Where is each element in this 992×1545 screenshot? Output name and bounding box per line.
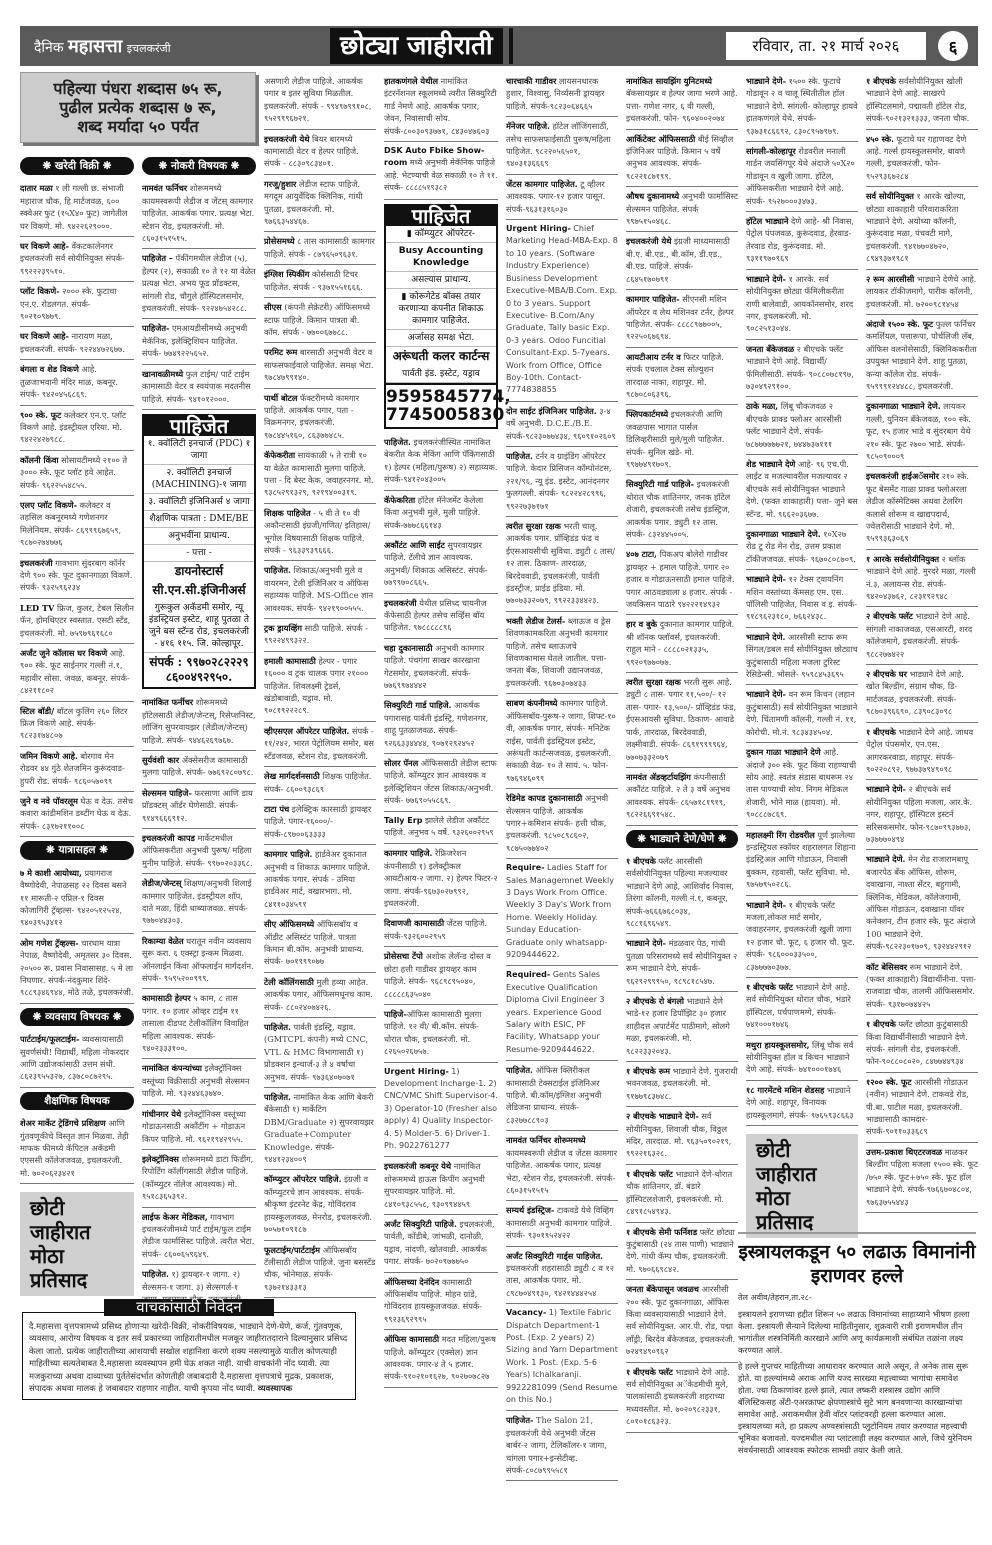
dynostars-display-ad: पाहिजेत १. क्वॉलिटी इनचार्ज (PDC) १ जागा… [142,414,256,689]
ad-text: कामगार पाहिजे. ऑफिसबॉय-पुरूष-२ जागा, शिफ… [506,698,616,782]
classified-ad: Require- Ladies Staff for Sales Managemn… [506,859,618,966]
classified-ad: इलेक्ट्रॉनिक्स शोरूममध्ये डाटा फिडींग, र… [142,1150,256,1208]
ad-header: पाहिजेत [386,206,496,226]
ad-keyword: ओम गणेश ट्रॅव्हल्स- [20,938,79,948]
ad-note: अर्जासह समक्ष भेटा. [386,330,496,347]
brand-city: इचलकरंजी [127,42,171,55]
ad-keyword: लेख मार्गदर्शनसाठी [264,771,320,781]
ad-preference: असल्यास प्राधान्य. [386,272,496,289]
classified-ad: लेख मार्गदर्शनसाठी शिक्षक पाहिजेत. संपर्… [264,767,376,800]
classified-ad: १ बीएचके सेमी फर्निशड फ्लॅट छोट्या कुटुं… [626,1223,738,1281]
ad-keyword: २ बीएचके भाड्याने देणे- [626,1111,699,1121]
ad-keyword: त्वरीत सुरक्षा रक्षक [506,521,561,531]
ad-address: गुरूकुल अकॅडमी समोर, न्यू इंडस्ट्रियल इस… [144,600,254,653]
ad-keyword: पाहिजेत. [264,565,291,575]
ad-text: नामांकित केक आणि बेकरी बँकेसाठी १) मार्क… [264,1092,374,1164]
ad-keyword: गांधीनगर येथे [142,1109,181,1119]
ad-keyword: १ बीएचके रूम [626,1066,670,1076]
rate-line: पुढील प्रत्येक शब्दास ७ रू, [25,98,251,117]
ad-keyword: दोन साईट इंजिनिअर पाहिजेत. [506,406,597,416]
newspaper-brand: दैनिक महासत्ता इचलकरंजी [20,34,330,58]
ad-keyword: इचलकरंजी कापड [142,833,195,843]
classified-ad: १ बीएचके रूम भाड्याने देणे. गुजराथी भवनज… [626,1062,738,1107]
classified-ad: १ बीएचके फ्लॅट भाड्याने देणे आहे. सर्व स… [746,978,858,1036]
classified-ad: Tally Erp झालेले लेडीज अकौंटंट पाहिजे. अ… [384,812,498,845]
classified-ad: भाड्याने देणे- मंडळवार पेठ, गांधी पुतळा … [626,934,738,992]
rate-line: शब्द मर्यादा ५० पर्यंत [25,117,251,136]
ad-keyword: पाहिजेत. [142,1269,169,1279]
ad-keyword: औषध दुकानामध्ये [626,191,679,201]
classified-ad: कामासाठी हेल्पर ५ काम, ८ तास पगार. १० हज… [142,989,256,1059]
ad-keyword: कॅफेकरीता [264,450,295,460]
classified-ad: इचलकरंजी कबनूर येथे नामांकित शोरूममध्ये … [384,1157,498,1215]
promo-line: मोठा प्रतिसाद [30,1244,124,1292]
classified-ad: भाड्याने देणे- १५०० स्के. फुटाचे गोडावून… [746,72,858,142]
ad-address: पार्वती इंड. इस्टेट, यड्राव [386,366,496,383]
classified-ad: टाटा पंच इलेक्ट्रिक कारसाठी ड्रायव्हर पा… [264,800,376,845]
classified-ad: इंग्लिश स्पिकींग कोर्ससाठी टिचर पाहिजेत.… [264,265,376,298]
classified-ad: इचलकरंजी येथील प्रसिध्द चायनीज कॅफेसाठी … [384,594,498,639]
ad-keyword: कॉम्प्युटर ऑपरेटर पाहिजे. [264,1174,341,1184]
ad-keyword: पाहिजेत. [264,1092,291,1102]
ad-text: फ्लॅट आरसीसी सर्वसोयीनियुक्त पहिल्या मजल… [626,856,734,928]
promo-line: मोठा प्रतिसाद [756,1186,848,1234]
ad-text: मेन रोड राजारामबापू बजारपेठ बँक ऑफिस, शो… [866,854,975,951]
classified-ad: कॉट बेसिसवर रूम भाड्याने देणे. (फक्त शाक… [866,958,978,1016]
classified-ad: Urgent Hiring- Chief Marketing Head-MBA-… [506,220,618,402]
classified-ad: अर्जंट जुने कॉलास घर विकणे आहे. ९०० स्के… [20,644,134,702]
classified-ad: १ बीएचके भाड्याने देणे आहे. जाधव पेट्रोल… [866,723,978,781]
classified-ad: Urgent Hiring- 1) Development Incharge-1… [384,1063,498,1158]
ad-keyword: ऑफिस कामासाठी [384,1334,439,1344]
classified-ad: अंदाजे १५०० स्के. फूट फुल्ल फर्निचर कमर्… [866,315,978,397]
ad-keyword: १ आरके सर्वसोयीनियुक्त [866,554,939,564]
classified-ad: ९०० स्के. फूट कलेक्टर एन.ए. प्लॉट विकणे … [20,406,134,451]
classified-ad: सांगली-कोल्हापूर रोडवरील मनाली गार्डन जय… [746,142,858,212]
classified-ad: भाड्याने देणे. मेन रोड राजारामबापू बजारप… [866,850,978,957]
ad-keyword: सांगली-कोल्हापूर [746,146,796,156]
ad-keyword: पाहिजेत. [506,451,533,461]
ad-text: बॅकसायझर व हेल्पर जागा भरणे आहे. पत्ता- … [626,88,738,123]
classified-ad: इचलकरंजी येथे इंग्रजी माध्यमासाठी बी.ए. … [626,232,738,290]
classified-ad: लाईफ केअर मेडिकल, गावभाग इचलकरंजीमध्ये प… [142,1208,256,1266]
classified-ad: नामांकित सायझिंग युनिटमध्ये बॅकसायझर व ह… [626,72,738,130]
ad-keyword: अर्जंट जुने कॉलास घर विकणे [20,648,107,658]
ad-keyword: भाड्याने देणे- [746,574,786,584]
classified-ad: पाहिजेत. नामांकित केक आणि बेकरी बँकेसाठी… [264,1088,376,1170]
classified-ad: पाहिजेत. इचलकरंजीस्थित नामांकित बेकरीत क… [384,433,498,491]
classified-ad: स्टिल बॉडी/ बॉटल कुलिंग २६० लिटर फ्रिज व… [20,702,134,747]
classified-ad: गरजू/हुशार लेडीज स्टाफ पाहिजे. मगदूम आयु… [264,175,376,233]
classified-ad: सेल्समन पाहिजे- फरसाणा आणि डाय प्रॉडक्टस… [142,784,256,829]
classified-ad: खानावळीमध्ये फुल टाईम/ पार्ट टाईम कामासा… [142,365,256,410]
ad-keyword: १ बीएचके फ्लॅट [626,1169,673,1179]
section-heading-business: ❋ व्यवसाय विषयक ❋ [20,1008,134,1026]
ad-text: इचलकरंजी शहरासाठी ड्युटी ८ व १२ तास, आकर… [506,1263,614,1298]
ad-keyword: जुने व नवे पॉवरलूम [20,796,78,806]
ad-keyword: ७ मे काशी आयोध्या, [20,868,82,878]
ad-keyword: कामगार पाहिजेत- [626,294,680,304]
ad-keyword: ठाके मळा, [746,401,778,411]
ad-keyword: पाहिजेत – [142,253,173,263]
classified-ad: बंगला व शेड विकणे आहे. तुळजाभवानी मंदिर … [20,360,134,405]
classified-ad: प्लॉट विकणे- २००० स्के. फुटाचा एन.ए. रोड… [20,282,134,327]
ad-keyword: अर्जंट सिक्युरिटी पाहिजे. [384,1219,457,1229]
classified-ad: पाहिजेत. पार्वती इंडस्ट्रि, यड्राव. (GMT… [264,1018,376,1088]
ad-keyword: १ बीएचके फ्लॅट [626,1367,673,1377]
ad-keyword: सीए ऑफिसमध्ये [264,919,314,929]
ad-keyword: हातकणंगले येथील [384,76,438,86]
news-paragraph: इस्त्रायलने इराणच्या हद्दीत शिरून ५० लढा… [738,1308,976,1356]
ad-keyword: गरजू/हुशार [264,179,296,189]
ad-keyword: १ बीएचके फ्लॅट [746,982,793,992]
column-sale: ❋ खरेदी विक्री ❋ दातार मळा १ ली गल्ली छ.… [20,153,134,1323]
classified-ad: सिक्युरिटी गार्ड पाहिजे. आकर्षक पगारासह … [384,696,498,754]
ad-keyword: महालक्ष्मी रिंग रोडवरील [746,830,815,840]
classified-ad: सम्यर्थ इंडस्ट्रिज- टाकवडे येथे विव्हिंग… [506,1201,618,1246]
classified-ad: अकौंटंट आणि साईट सुपरवायझर पाहिजे. टॅलीच… [384,536,498,594]
ad-keyword: नामवंत फर्निचर [142,183,187,193]
classified-ad: रेडिमेड कापड दुकानासाठी अनुभवी सेल्समन प… [506,789,618,859]
classified-ad: २ बीएचके रो बंगलो भाड्याने देणे भाडे-१२ … [626,992,738,1062]
ad-header: पाहिजेत [144,416,254,436]
ad-keyword: Require- [506,863,544,872]
ad-keyword: पाहिजेत- [506,1415,533,1425]
classified-ad: LED TV फ्रिज, कुलर, टेबल सिलीन फॅन, होमथ… [20,599,134,644]
left-wide-column: पहिल्या पंधरा शब्दास ७५ रू, पुढील प्रत्य… [20,72,256,1512]
column-4: हातकणंगले येथील नामांकित इंटरनॅशनल स्कूल… [384,72,498,1512]
ad-keyword: कॅफेकरिता [384,495,415,505]
classified-ad: कामगार पाहिजे. रेफ्रिजरेशन कंपनीसाठी १) … [384,844,498,914]
classified-ad: इचलकरंजी हाईअॅसमोर २१० स्के. फूट बेसमेंट… [866,467,978,549]
notice-body: दै.महासत्ता वृत्तपत्रामध्ये प्रसिध्द होण… [29,1321,347,1394]
classified-ad: जेंटस कामगार पाहिजेत. टू व्हीलर आवश्यक. … [506,175,618,220]
ad-keyword: इचलकरंजी कबनूर येथे [384,1161,451,1171]
ad-keyword: इचलकरंजी येथे [264,134,309,144]
ad-keyword: त्वरीत सुरक्षा रक्षक [626,677,681,687]
classified-ad: Vacancy- 1) Textile Fabric Dispatch Depa… [506,1304,618,1411]
ad-keyword: पाहिजेत- [142,323,169,333]
ad-keyword: जनता बँकेपासून जवळच [626,1284,699,1294]
news-article: इस्त्रायलकडून ५० लढाऊ विमानांनी इराणवर ह… [738,1232,976,1456]
classified-ad: भाड्याने देणे- १ आरके. सर्व सोयीनियुक्त … [746,270,858,340]
classified-ad: प्रोसेसमध्ये ८ तास कामासाठी कामगार पाहिज… [264,232,376,265]
ad-keyword: आर्किटेक्ट ऑफिससाठी [626,134,695,144]
ad-position: ▮ कॉम्प्युटर ऑपरेटर- [386,226,496,243]
ad-keyword: पाहिजेत. [264,1022,291,1032]
column-5: चारचाकी गाडीवर लायसनधारक हुशार, विश्वासु… [506,72,618,1512]
classified-ad: भाड्याने देणे- १ बीएचके फ्लॅट मजला,लोकल … [746,896,858,978]
ad-keyword: नामवंत ॲडव्हर्टायझिंग [626,772,691,782]
ad-text: 1) Textile Fabric Dispatch Department-1 … [506,1308,618,1404]
classified-ad: दुकानगाळा भाड्याने देणे. १०X२७ रोड टू रो… [746,525,858,570]
ad-keyword: खानावळीमध्ये [142,369,183,379]
ad-keyword: ट्रक ड्रायव्हिंग [264,623,302,633]
classified-ad: दोन साईट इंजिनिअर पाहिजेत. ३-४ वर्षे अनु… [506,402,618,447]
ad-phone-block: 9595845774, 7745005830 [386,383,496,427]
section-title: छोट्या जाहीराती [330,28,509,64]
ad-keyword: सीएस [264,302,282,312]
ad-text: 1) Development Incharge-1. 2) CNC/VMC Sh… [384,1067,498,1150]
classified-ad: कॉम्प्युटर ऑपरेटर पाहिजे. इंग्रजी व कॉम्… [264,1170,376,1240]
ad-keyword: सोलर पॅनल [384,758,418,768]
ad-keyword: घर विकणे आहे- [20,331,69,341]
ad-text: Ladies Staff for Sales Managemnet Weekly… [506,863,614,959]
classified-ad: चारचाकी गाडीवर लायसनधारक हुशार, विश्वासु… [506,72,618,117]
ad-keyword: १८ गारमेंटचे मशिन शेडसह [746,1085,824,1095]
column-jobs: ❋ नोकरी विषयक ❋ नामवंत फर्निचर शोरूममध्य… [142,153,256,1323]
ad-keyword: जमिन विकणे आहे. [20,751,78,761]
ad-text: फुल्ल फर्निचर कमर्शियल, पत्तारूपा, पोर्च… [866,319,977,391]
classified-ad: Required- Gents Sales Executive Qualific… [506,966,618,1061]
ad-keyword: शेड भाड्याने देणे [746,459,795,469]
classified-ad: ठाके मळा, लिंबू चौकजवळ २ बीएचके प्राक्ड … [746,397,858,455]
classified-ad: महालक्ष्मी रिंग रोडवरील पूर्ण झालेल्या इ… [746,826,858,896]
page-number: ६ [938,31,968,61]
ad-text: कायमस्वरूपी लेडीज व जेंटस कामगार पाहिजेत… [506,1148,617,1195]
ad-keyword: दुकानगाळा भाड्याने देणे. [746,529,821,539]
classified-ad: सोलर पॅनल ऑफिससाठी लेडीज स्टाफ पाहिजे. क… [384,754,498,812]
classified-ad: १ आरके सर्वसोयीनियुक्त २ ब्लॉक भाड्याने … [866,550,978,608]
ad-text: भरती सुरू आहे. ड्युटी ८ तास- पगार ११,५००… [626,677,736,761]
ad-keyword: नामांकित कंपन्यांच्या [142,1063,202,1073]
ad-position: २. क्वॉलिटी इनचार्ज (MACHINING)-१ जागा [144,465,254,494]
classified-ad: परमिट रूम बारसाठी अनुभवी वेटर व साफसफाईव… [264,343,376,388]
ad-keyword: आयटीआय टर्नर व [626,352,681,362]
classified-ad: ४५० स्के. फूटाचे घर गहाणवट देणे आहे. गर्… [866,130,978,188]
ad-keyword: पार्टटाईम/फूलटाईम- [20,1034,79,1044]
classified-ad: १ बीएचके सर्वसोयीनियुक्त खोली भाड्याने द… [866,72,978,130]
ad-position: १. क्वॉलिटी इनचार्ज (PDC) १ जागा [144,436,254,465]
classified-ad: हार व बुके दुकानात कामगार पाहिजे. श्री श… [626,615,738,673]
ad-keyword: इचलकरंजी हाईअॅसमोर [866,471,939,481]
ad-text: भरती चालू. आकर्षक पगार. प्रॉव्हिडंड फंड … [506,521,615,605]
ad-keyword: कॉलनी किंवा [20,455,59,465]
ad-keyword: भाड्याने देणे. [866,854,905,864]
ad-keyword: लाईफ केअर मेडिकल, [142,1212,208,1222]
classified-ad: ऑफिसच्या देनंदिन कामासाठी ऑफिसबॉय पाहिजे… [384,1273,498,1331]
classified-ad: नामांकित कंपन्यांच्या इलेक्ट्रॉनिक्स वस्… [142,1059,256,1104]
classified-ad: पार्टटाईम/फूलटाईम- व्यवसायासाठी सुवर्णसं… [20,1030,134,1088]
ad-keyword: कामासाठी हेल्पर [142,993,191,1003]
ad-keyword: २ बीएचके घर [866,669,907,679]
ad-qualification: शैक्षणिक पात्रता : DME/BE [144,511,254,528]
ad-keyword: स्टिल बॉडी/ [20,706,54,716]
ad-keyword: इचलकरंजी [384,598,417,608]
classified-ad: मथुरा हायस्कूलसमोर, लिंबू चौक सर्व सोयीन… [746,1036,858,1081]
ad-keyword: १ बीएचके [866,1019,896,1029]
ad-keyword: जेंटस कामगार पाहिजेत. [506,179,578,189]
ad-keyword: २ बीएचके फ्लॅट [866,611,913,621]
ad-keyword: उत्तम-प्रकाश थिएटरजवळ [866,1147,942,1157]
ad-keyword: सर्व सोयीनियुक्त [866,191,914,201]
promo-line: छोटी जाहीरात [756,1138,848,1186]
ad-keyword: २ रूम आरसीसी [866,274,914,284]
classified-ad: हातकणंगले येथील नामांकित इंटरनॅशनल स्कूल… [384,72,498,142]
classified-ad: पाहिजेत. शिकाऊ/अनुभवी मुले व वायरमन, टेल… [264,561,376,619]
ad-keyword: पाहिजे- [384,1009,407,1019]
classified-ad: कॅफेकरीता सायंकाळी ५ ते रात्री १० या वेळ… [264,446,376,504]
classified-ad: १ बीएचके फ्लॅट आरसीसी सर्वसोयीनियुक्त पह… [626,852,738,934]
promo-banner: छोटी जाहीरात मोठा प्रतिसाद [20,1192,134,1296]
ad-keyword: कॉट बेसिसवर [866,962,907,972]
classified-ad: भाड्याने देणे. आरसीसी स्टाफ रूम सिंगल/डब… [746,628,858,686]
notice-signature: व्यवस्थापक [258,1383,292,1393]
ad-keyword: १ बीएचके सेमी फर्निशड [626,1227,697,1237]
classified-ad: मॅनेजर पाहिजे. हॉटेल लॉजिंगसाठी, तसेच सा… [506,117,618,175]
brand-prefix: दैनिक [34,40,64,56]
classified-ad: घर विकणे आहे- नारायण मळा, इचलकरंजी. संपर… [20,327,134,360]
ad-keyword: इंग्लिश स्पिकींग [264,269,309,279]
ad-keyword: शिक्षक पाहिजेत [264,508,311,518]
ad-keyword: व्हीएसएल ऑपरेटर पाहिजेत. [264,726,349,736]
classified-ad: असणारी लेडीज पाहिजे. आकर्षक पगार व इतर स… [264,72,376,130]
section-heading-sale: ❋ खरेदी विक्री ❋ [20,157,134,175]
ad-keyword: मथुरा हायस्कूलसमोर, [746,1040,809,1050]
classified-ad: सर्व सोयीनियुक्त १ आरके खोल्या, छोट्या श… [866,187,978,269]
classified-ad: कॅफेकरिता हॉटेल मॅनेजमेंट केलेला किंवा अ… [384,491,498,536]
classified-ad: DSK Auto Fbike Show-room मध्ये अनुभवी मे… [384,142,498,200]
classified-ad: भक्ती लेडीज टेलर्स- ब्लाऊज व ड्रेस शिवणक… [506,612,618,694]
ad-keyword: सिक्युरिटी गार्ड पाहिजे- [626,479,694,489]
classified-ad: हमाली कामासाठी हेल्पर - पगार १६००० व ट्र… [264,652,376,722]
classified-ad: दुकानगाळा भाड्याने देणे. लायकर गल्ली, यु… [866,397,978,467]
classified-ad: इचलकरंजी येथे बियर बारमध्ये कामासाठी वेट… [264,130,376,175]
ad-keyword: Vacancy- [506,1308,546,1317]
classified-ad: जुने व नवे पॉवरलूम घेऊ व देऊ. तसेच कवारा… [20,792,134,837]
ad-keyword: सम्यर्थ इंडस्ट्रिज- [506,1205,554,1215]
ad-text: १ आरके खोल्या, छोट्या शाकाहारी परिवाराकर… [866,191,966,263]
ad-keyword: भाड्याने देणे- [626,938,666,948]
ad-keyword: भाड्याने देणे- [746,76,786,86]
ad-keyword: मॅनेजर पाहिजे. [506,121,550,131]
classified-ad: ४०७ टाटा, पिकअप बोलेरो गाडीवर ड्रायव्हर … [626,545,738,615]
classified-ad: चहा दुकानासाठी अनुभवी कामगार पाहिजे. पंच… [384,639,498,697]
classified-ad: पाहिजे-ऑफिस कामासाठी मुलगा पाहिजे. १२ वी… [384,1005,498,1063]
classified-ad: जनता बँकेजवळ २ बीएचके फ्लॅट भाड्याने देण… [746,340,858,398]
classified-ad: नामवंत फर्निचर शोरूममध्ये कायमस्वरूपी ले… [142,179,256,249]
ad-keyword: नामांकित फर्नीचर [142,697,193,707]
ad-keyword: कामगार पाहिजे. [384,848,432,858]
ad-keyword: सेल्समन पाहिजे- [142,788,192,798]
classified-ad: पाहिजेत. ऑफिस क्लिरीकल कामासाठी टेक्सटाई… [506,1061,618,1131]
classified-ad: त्वरीत सुरक्षा रक्षक भरती चालू. आकर्षक प… [506,517,618,612]
ad-keyword: भाड्याने देणे. [746,632,785,642]
ad-keyword: रिकाम्या वेळेत [142,936,184,946]
classified-ad: सीए ऑफिसमध्ये ऑफिसबॉय व ऑडीट असिस्टंट पा… [264,915,376,973]
ad-keyword: प्रोसेसमध्ये [264,236,295,246]
ad-keyword: फूलटाईम/पार्टटाईम [264,1245,320,1255]
ad-keyword: टाटा पंच [264,804,289,814]
classified-ad: प्रोसेसचा टेंपो अशोक लेलॅन्ड दोस्त व छोट… [384,947,498,1005]
ad-keyword: भाड्याने देणे- [746,689,786,699]
classified-ad: शेड भाड्याने देणे आहे- ९६ एच.पी. लाईट व … [746,455,858,525]
ad-keyword: १२०० स्के. फूट [866,1077,912,1087]
issue-date: रविवार, ता. २१ मार्च २०२६ [726,32,926,60]
classified-ad: नामवंत फर्निचर शोरूममध्ये कायमस्वरूपी ले… [506,1131,618,1201]
ad-keyword: दातार मळा [20,183,53,193]
classified-ad: आयटीआय टर्नर व फिटर पाहिजे. संपर्क एचलाल… [626,348,738,406]
brand-name: महासत्ता [68,36,122,57]
classified-ad: दातार मळा १ ली गल्ली छ. संभाजी महाराज चौ… [20,179,134,237]
rate-box: पहिल्या पंधरा शब्दास ७५ रू, पुढील प्रत्य… [20,72,256,143]
ad-address-label: - पत्ता - [144,545,254,562]
classified-ad: हॉटेल भाड्याने देणे आहे- श्री निवास, पेट… [746,212,858,270]
column-6: नामांकित सायझिंग युनिटमध्ये बॅकसायझर व ह… [626,72,738,1512]
classified-ad: पाहिजेत. टर्नर व ग्राइंडिंग ऑपरेटर पाहिज… [506,447,618,517]
section-heading-education: शैक्षणिक विषयक [20,1092,134,1110]
classified-ad: १ बीएचके फ्लॅट भाड्याने देणे-थोरात चौक श… [626,1165,738,1223]
ad-keyword: लेडीज/जेन्टस् [142,878,181,888]
ad-text: आहे. अंदाजे ३०० स्के. फूट किंवा राहण्याच… [746,747,856,819]
ad-keyword: इलेक्ट्रॉनिक्स [142,1154,179,1164]
ad-keyword: रेडिमेड कापड दुकानासाठी [506,793,582,803]
ad-keyword: जनता बँकेजवळ [746,344,794,354]
ad-keyword: Urgent Hiring- [506,224,571,233]
classified-ad: टेली कॉलिंगसाठी मुली हव्या आहेत. आकर्षक … [264,973,376,1018]
ad-keyword: Tally Erp [384,816,422,825]
section-heading-travel: ❋ यात्रासहल ❋ [20,841,134,859]
ad-keyword: एलए प्लॉट विकणे- [20,500,77,510]
ad-phone: 9595845774, [386,388,496,406]
ad-keyword: दुकानगाळा भाड्याने देणे. [866,401,941,411]
ad-position-detail: Busy Accounting Knowledge [386,243,496,272]
section-heading-jobs: ❋ नोकरी विषयक ❋ [142,157,256,175]
ad-text: आरसीसी २०० स्के. फूट दुकानगाळा, ऑफिस किं… [626,1284,735,1356]
classified-ad: ट्रक ड्रायव्हिंग साठी पाहिजे. संपर्क - ९… [264,619,376,652]
classified-ad: घर विकणे आहे- वेंकटकालेनगर इचलकरंजी सर्व… [20,237,134,282]
ad-keyword: नामांकित सायझिंग युनिटमध्ये [626,76,712,86]
classified-ad: साबण कंपनीमध्ये कामगार पाहिजे. ऑफिसबॉय-प… [506,694,618,789]
classified-ad: पाहिजेत- The Salon 21, इचलकरंजी येथे अनु… [506,1411,618,1481]
classified-ad: पाहिजेत – पॅकींगमधील लेडीज (५), हेल्पर (… [142,249,256,319]
ad-keyword: Urgent Hiring- [384,1067,449,1076]
classified-ad: जमिन विकणे आहे. बोरगाव मेन रोडवर ४४ गुंठ… [20,747,134,792]
ad-keyword: हॉटेल भाड्याने [746,216,788,226]
ad-company: सी.एन.सी.इंजिनीअर्स [144,581,254,600]
classified-ad: दिवाणजी कामासाठी जेंटस पाहिजे. संपर्क-९३… [384,914,498,947]
classified-ad: फूलटाईम/पार्टटाईम ऑफिसबॉय टॅलीसाठी लेडीज… [264,1241,376,1299]
ad-company: डायनोस्टार्स [144,562,254,581]
classified-ad: लेडीज/जेन्टस् शिक्षण/अनुभवी शिलाई कामगार… [142,874,256,932]
ad-keyword: सिक्युरिटी गार्ड पाहिजे. [384,700,451,710]
ad-preference: अनुभवींना प्राधान्य. [144,528,254,545]
ad-keyword: LED TV [20,603,54,613]
ad-text: Chief Marketing Head-MBA-Exp. 8 to 10 ye… [506,224,618,394]
ad-keyword: प्लॉट विकणे- [20,286,60,296]
ad-keyword: अकौंटंट आणि साईट [384,540,445,550]
ad-text: ब्लाऊज व ड्रेस शिवणकामकरिता अनुभवी कामगा… [506,616,611,688]
classified-ad: त्वरीत सुरक्षा रक्षक भरती सुरू आहे. ड्यु… [626,673,738,768]
ad-keyword: ऑफिसच्या देनंदिन [384,1277,439,1287]
classified-ad: गांधीनगर येथे इलेक्ट्रॉनिक्स वस्तूंच्या … [142,1105,256,1150]
classified-ad: १२०० स्के. फूट आरसीसी गोडाऊन (नवीन) भाड्… [866,1073,978,1143]
classified-ad: पार्थी बोटल फॅक्टरीमध्ये कामगार पाहिजे. … [264,389,376,447]
promo-line: छोटी जाहीरात [30,1196,124,1244]
ad-keyword: ४०७ टाटा, [626,549,657,559]
classified-ad: २ बीएचके घर भाड्याने देणे आहे. खोत बिल्ड… [866,665,978,723]
ad-keyword: हार व बुके [626,619,657,629]
notice-title: वाचकांसाठी निवेदन [104,1299,274,1316]
classified-ad: पाहिजेत- एमआयडीसीमध्ये अनुभवी मेकॅनिक, इ… [142,319,256,364]
classified-ad: आर्किटेक्ट ऑफिससाठी बीई सिव्हील इंजिनिअर… [626,130,738,188]
classified-ad: एलए प्लॉट विकणे- कलेक्टर व तहसिल कबनूरमध… [20,496,134,554]
ad-keyword: पाहिजेत. [506,1065,533,1075]
ad-text: २१० स्के. फूट बेसमेंट गाळा प्राक्ड फ्लोअ… [866,471,969,543]
classified-ad: दुकान गाळा भाड्याने देणे आहे. अंदाजे ३००… [746,743,858,825]
classified-ad: १ बीएचके फ्लॅट छोट्या कुटुंबासाठी किंवा … [866,1015,978,1073]
readers-notice: वाचकांसाठी निवेदन दै.महासत्ता वृत्तपत्रा… [22,1312,356,1400]
